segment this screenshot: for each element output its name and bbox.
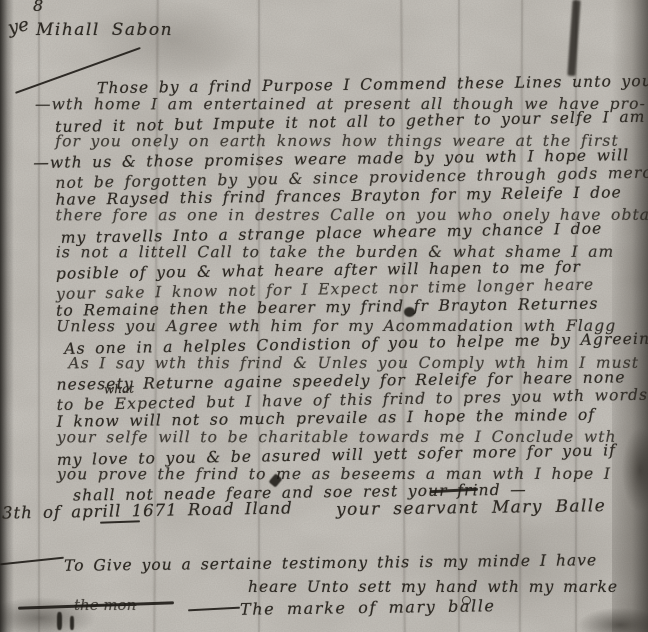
scan-edge-left bbox=[0, 0, 14, 632]
mark-line-flourish bbox=[188, 607, 240, 612]
page-number-mark: 8 bbox=[33, 0, 43, 15]
dateline: 3th of aprill 1671 Road Iland bbox=[2, 498, 293, 522]
ink-blot bbox=[404, 307, 415, 317]
letter-body: Those by a frind Purpose I Commend these… bbox=[55, 74, 632, 503]
addressee-name: Mihall Sabon bbox=[36, 20, 173, 40]
scanned-letter-page: 8 ye Mihall Sabon Those by a frind Purpo… bbox=[0, 0, 648, 632]
marys-mark-icon bbox=[462, 596, 471, 605]
date-underline bbox=[100, 520, 140, 523]
corner-flourish-mark: ye bbox=[6, 14, 31, 39]
postscript-line: The marke of mary balle bbox=[240, 596, 496, 619]
signature-line: your searvant Mary Balle bbox=[336, 496, 606, 520]
ink-streak bbox=[567, 0, 580, 76]
postscript-line: heare Unto sett my hand wth my marke bbox=[248, 578, 618, 596]
ink-blot bbox=[57, 612, 62, 630]
ink-blot bbox=[70, 616, 74, 630]
postscript-line: To Give you a sertaine testimony this is… bbox=[64, 551, 597, 575]
inserted-word: what bbox=[104, 381, 134, 396]
